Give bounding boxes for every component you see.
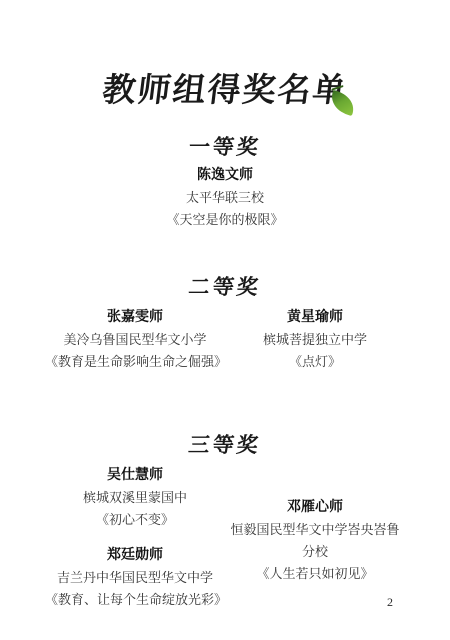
section-header-second-prize: 二等奖 bbox=[0, 271, 450, 301]
winner-school: 槟城双溪里蒙国中 bbox=[45, 487, 225, 509]
award-entry: 邓雁心师 恒毅国民型华文中学峇央峇鲁 分校 《人生若只如初见》 bbox=[225, 497, 405, 585]
winner-name: 邓雁心师 bbox=[225, 497, 405, 519]
winner-work-title: 《教育是生命影响生命之倔强》 bbox=[45, 351, 225, 373]
section-header-first-prize: 一等奖 bbox=[0, 131, 450, 161]
award-entry: 黄星瑜师 槟城菩提独立中学 《点灯》 bbox=[225, 307, 405, 373]
winner-name: 黄星瑜师 bbox=[225, 307, 405, 329]
winner-name: 张嘉雯师 bbox=[45, 307, 225, 329]
winner-school: 槟城菩提独立中学 bbox=[225, 329, 405, 351]
section-second-prize: 二等奖 张嘉雯师 美冷乌鲁国民型华文小学 《教育是生命影响生命之倔强》 黄星瑜师… bbox=[0, 271, 450, 373]
winner-name: 吴仕慧师 bbox=[45, 465, 225, 487]
award-entry: 吴仕慧师 槟城双溪里蒙国中 《初心不变》 bbox=[45, 465, 225, 531]
page-title-text: 教师组得奖名单 bbox=[100, 73, 349, 109]
winner-school-branch: 分校 bbox=[225, 541, 405, 563]
winner-school: 美冷乌鲁国民型华文小学 bbox=[45, 329, 225, 351]
award-entry: 郑廷勋师 吉兰丹中华国民型华文中学 《教育、让每个生命绽放光彩》 bbox=[45, 545, 225, 611]
winner-work-title: 《教育、让每个生命绽放光彩》 bbox=[45, 589, 225, 611]
winner-name: 陈逸文师 bbox=[0, 165, 450, 187]
third-prize-columns: 吴仕慧师 槟城双溪里蒙国中 《初心不变》 郑廷勋师 吉兰丹中华国民型华文中学 《… bbox=[0, 461, 450, 611]
winner-work-title: 《人生若只如初见》 bbox=[225, 563, 405, 585]
winner-work-title: 《点灯》 bbox=[225, 351, 405, 373]
page-number: 2 bbox=[387, 595, 393, 610]
winner-work-title: 《初心不变》 bbox=[45, 509, 225, 531]
winner-school: 恒毅国民型华文中学峇央峇鲁 bbox=[225, 519, 405, 541]
second-prize-columns: 张嘉雯师 美冷乌鲁国民型华文小学 《教育是生命影响生命之倔强》 黄星瑜师 槟城菩… bbox=[0, 303, 450, 373]
winner-name: 郑廷勋师 bbox=[45, 545, 225, 567]
page-title: 教师组得奖名单 bbox=[100, 64, 351, 111]
third-prize-right-column: 邓雁心师 恒毅国民型华文中学峇央峇鲁 分校 《人生若只如初见》 bbox=[225, 461, 405, 611]
winner-school: 太平华联三校 bbox=[0, 187, 450, 209]
winner-work-title: 《天空是你的极限》 bbox=[0, 209, 450, 231]
section-first-prize: 一等奖 陈逸文师 太平华联三校 《天空是你的极限》 bbox=[0, 131, 450, 231]
award-entry: 张嘉雯师 美冷乌鲁国民型华文小学 《教育是生命影响生命之倔强》 bbox=[45, 307, 225, 373]
section-header-third-prize: 三等奖 bbox=[0, 429, 450, 459]
document-page: 教师组得奖名单 一等奖 陈逸文师 太平华联三校 《天空是你的极限》 二等奖 张嘉… bbox=[0, 0, 450, 640]
award-entry: 陈逸文师 太平华联三校 《天空是你的极限》 bbox=[0, 165, 450, 231]
second-prize-right-column: 黄星瑜师 槟城菩提独立中学 《点灯》 bbox=[225, 303, 405, 373]
second-prize-left-column: 张嘉雯师 美冷乌鲁国民型华文小学 《教育是生命影响生命之倔强》 bbox=[45, 303, 225, 373]
winner-school: 吉兰丹中华国民型华文中学 bbox=[45, 567, 225, 589]
title-area: 教师组得奖名单 bbox=[0, 0, 450, 111]
third-prize-left-column: 吴仕慧师 槟城双溪里蒙国中 《初心不变》 郑廷勋师 吉兰丹中华国民型华文中学 《… bbox=[45, 461, 225, 611]
section-third-prize: 三等奖 吴仕慧师 槟城双溪里蒙国中 《初心不变》 郑廷勋师 吉兰丹中华国民型华文… bbox=[0, 429, 450, 611]
